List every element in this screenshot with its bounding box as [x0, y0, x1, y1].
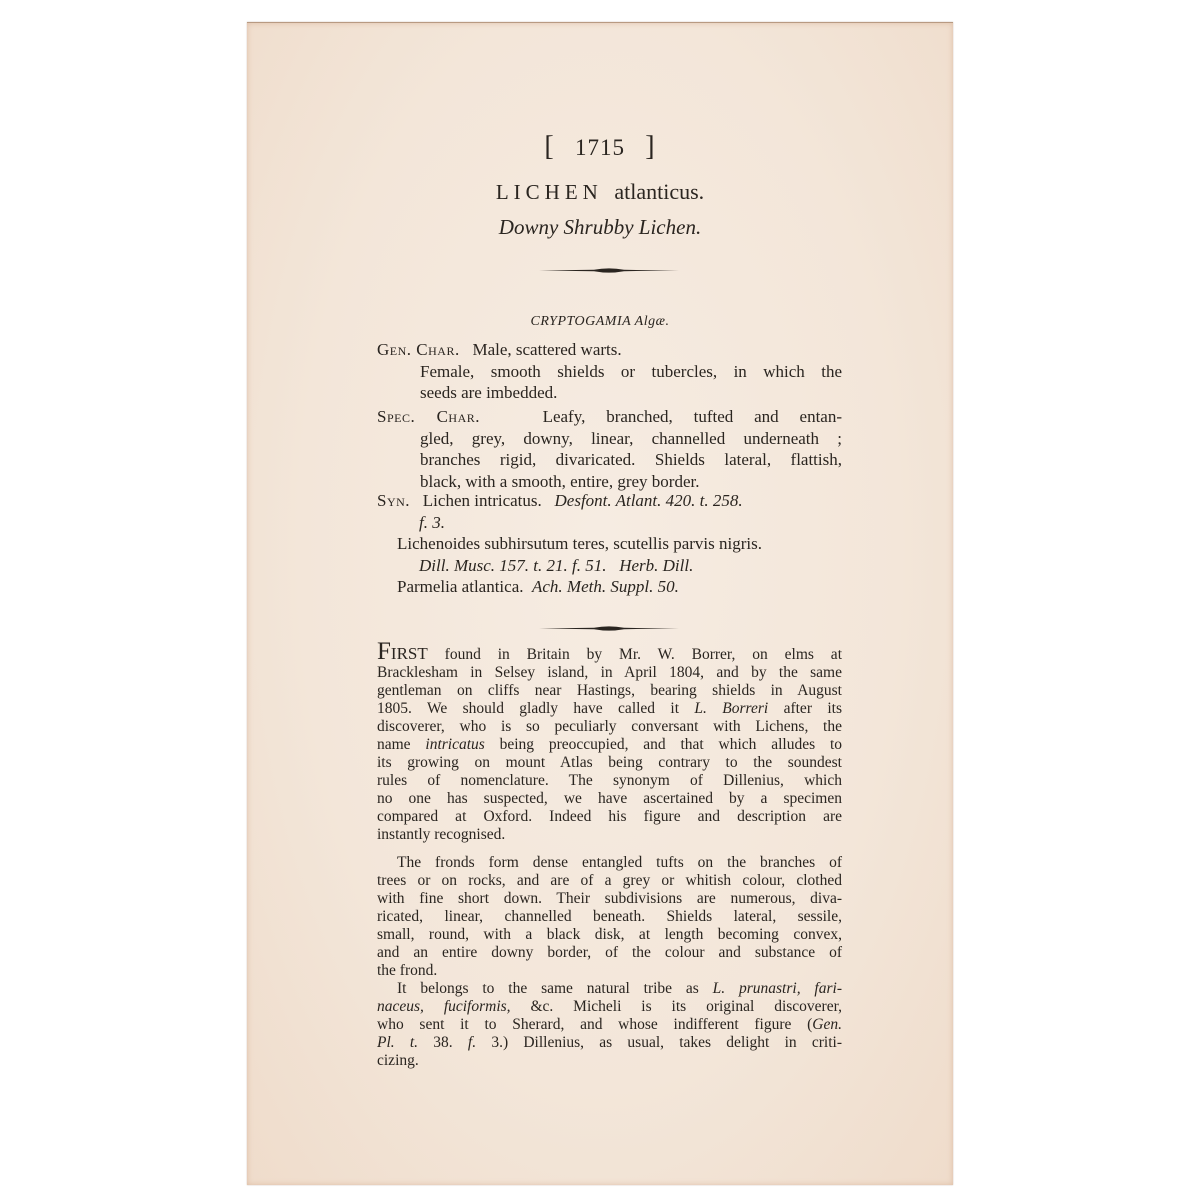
synonym-name: Lichenoides subhirsutum teres, scutellis…: [377, 533, 842, 555]
paragraph-line: name: [377, 736, 425, 753]
paragraph-line: instantly recognised.: [377, 826, 842, 844]
paragraph-line: its growing on mount Atlas being contrar…: [377, 754, 842, 772]
paragraph-line: cizing.: [377, 1052, 842, 1070]
paragraph-line: &c. Micheli is its original discoverer,: [511, 998, 842, 1015]
italic-reference: Pl. t.: [377, 1034, 418, 1051]
paragraph-line: gentleman on cliffs near Hastings, beari…: [377, 682, 842, 700]
gen-char-line: Male, scattered warts.: [472, 340, 621, 359]
bracket-left: [: [544, 131, 554, 162]
synonym-reference: Herb. Dill.: [619, 556, 693, 575]
paragraph-line: no one has suspected, we have ascertaine…: [377, 790, 842, 808]
gen-char-line: seeds are imbedded.: [377, 382, 842, 404]
document-page: [ 1715 ] LICHEN atlanticus. Downy Shrubb…: [247, 22, 953, 1185]
paragraph-line: It belongs to the same natural tribe as: [397, 980, 713, 997]
common-name: Downy Shrubby Lichen.: [247, 215, 953, 240]
paragraph-line: 3.) Dillenius, as usual, takes delight i…: [476, 1034, 842, 1051]
description-paragraph: FIRST found in Britain by Mr. W. Borrer,…: [377, 643, 842, 844]
paragraph-line: with fine short down. Their subdivisions…: [377, 890, 842, 908]
synonyms: Syn. Lichen intricatus. Desfont. Atlant.…: [377, 490, 842, 598]
syn-label: Syn.: [377, 491, 410, 510]
italic-reference: f.: [468, 1034, 476, 1051]
synonym-name: Parmelia atlantica.: [397, 577, 524, 596]
paragraph-line: after its: [768, 700, 842, 717]
spec-char-line: gled, grey, downy, linear, channelled un…: [377, 428, 842, 450]
paragraph-line: compared at Oxford. Indeed his figure an…: [377, 808, 842, 826]
paragraph-line: the frond.: [377, 962, 842, 980]
species-title: LICHEN atlanticus.: [247, 179, 953, 205]
ornamental-divider: [539, 624, 679, 633]
paragraph-line: found in Britain by Mr. W. Borrer, on el…: [428, 646, 842, 663]
paragraph-line: Bracklesham in Selsey island, in April 1…: [377, 664, 842, 682]
italic-name: naceus, fuciformis,: [377, 998, 511, 1015]
page-number: [ 1715 ]: [247, 131, 953, 163]
paragraph-line: rules of nomenclature. The synonym of Di…: [377, 772, 842, 790]
paragraph-line: trees or on rocks, and are of a grey or …: [377, 872, 842, 890]
specific-character: Spec. Char. Leafy, branched, tufted and …: [377, 406, 842, 492]
gen-char-line: Female, smooth shields or tubercles, in …: [377, 361, 842, 383]
genus-name: LICHEN: [496, 180, 603, 204]
paragraph-line: who sent it to Sherard, and whose indiff…: [377, 1016, 812, 1033]
species-name: atlanticus.: [614, 179, 704, 204]
spec-char-line: black, with a smooth, entire, grey borde…: [377, 471, 842, 493]
classification: CRYPTOGAMIA Algæ.: [247, 314, 953, 330]
paragraph-line: 1805. We should gladly have called it: [377, 700, 694, 717]
italic-name: intricatus: [425, 736, 484, 753]
spec-char-line: branches rigid, divaricated. Shields lat…: [377, 449, 842, 471]
description-paragraph: It belongs to the same natural tribe as …: [377, 980, 842, 1070]
synonym-reference: Desfont. Atlant. 420. t. 258.: [555, 491, 743, 510]
description-paragraph: The fronds form dense entangled tufts on…: [377, 854, 842, 980]
page-number-value: 1715: [575, 135, 625, 160]
bracket-right: ]: [645, 131, 655, 162]
generic-character: Gen. Char. Male, scattered warts. Female…: [377, 339, 842, 404]
ornamental-divider: [539, 266, 679, 275]
synonym-name: Lichen intricatus.: [423, 491, 542, 510]
gen-char-label: Gen. Char.: [377, 340, 460, 359]
paragraph-line: ricated, linear, channelled beneath. Shi…: [377, 908, 842, 926]
drop-cap: F: [377, 638, 391, 665]
spec-char-line: Leafy, branched, tufted and entan-: [543, 407, 842, 426]
paragraph-line: and an entire downy border, of the colou…: [377, 944, 842, 962]
paragraph-line: discoverer, who is so peculiarly convers…: [377, 718, 842, 736]
paragraph-line: 38.: [418, 1034, 468, 1051]
paragraph-line: small, round, with a black disk, at leng…: [377, 926, 842, 944]
synonym-reference: f. 3.: [419, 513, 445, 532]
paragraph-line: The fronds form dense entangled tufts on…: [377, 854, 842, 872]
paragraph-line: being preoccupied, and that which allude…: [485, 736, 842, 753]
italic-name: L. Borreri: [694, 700, 768, 717]
synonym-reference: Ach. Meth. Suppl. 50.: [532, 577, 679, 596]
italic-reference: Gen.: [812, 1016, 842, 1033]
spec-char-label: Spec. Char.: [377, 407, 480, 426]
italic-name: L. prunastri, fari-: [713, 980, 842, 997]
lead-word: IRST: [391, 644, 428, 663]
synonym-reference: Dill. Musc. 157. t. 21. f. 51.: [419, 556, 606, 575]
